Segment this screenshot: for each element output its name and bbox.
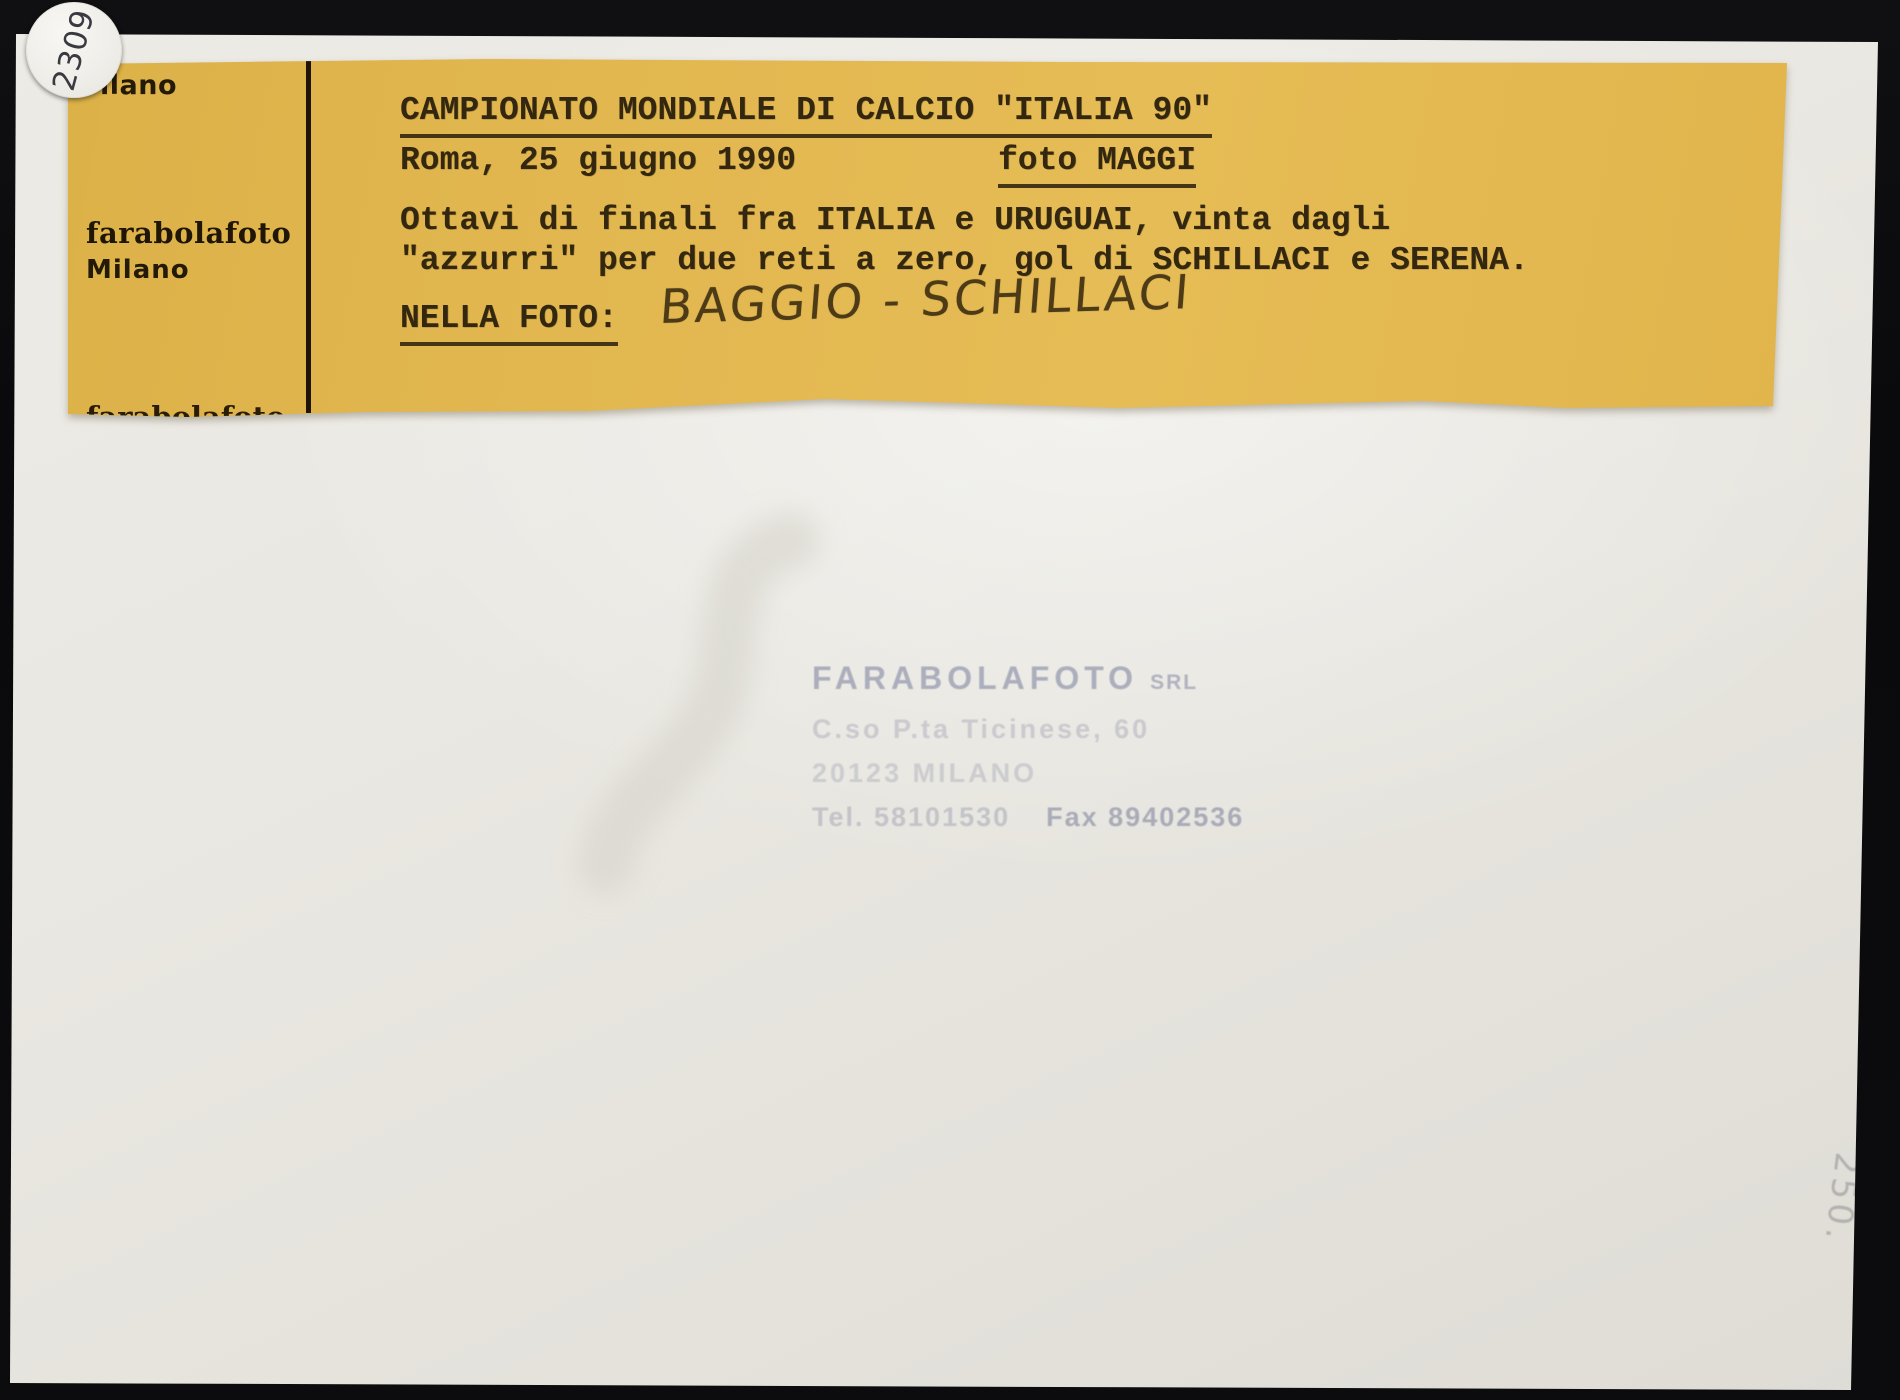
agency-logo-text: farabolafoto bbox=[86, 216, 291, 250]
label-divider-line bbox=[306, 61, 311, 413]
pencil-corner-number: 250. bbox=[1816, 1150, 1867, 1246]
stamp-address: C.so P.ta Ticinese, 60 bbox=[812, 714, 1244, 745]
stamp-phone-line: Tel. 58101530Fax 89402536 bbox=[812, 802, 1244, 833]
label-left-column: ilano farabolafoto Milano farabolafoto bbox=[68, 56, 306, 426]
caption-dateline-row: Roma, 25 giugno 1990 foto MAGGI bbox=[400, 144, 1500, 177]
caption-description-line1: Ottavi di finali fra ITALIA e URUGUAI, v… bbox=[400, 204, 1390, 237]
stamp-tel: Tel. 58101530 bbox=[812, 802, 1010, 832]
stamp-company: FARABOLAFOTO bbox=[812, 660, 1138, 696]
caption-dateline: Roma, 25 giugno 1990 bbox=[400, 142, 796, 179]
stamp-city: 20123 MILANO bbox=[812, 758, 1244, 789]
stamp-company-line: FARABOLAFOTOSRL bbox=[812, 660, 1244, 697]
stamp-company-suffix: SRL bbox=[1150, 671, 1198, 694]
agency-city-text: Milano bbox=[86, 255, 190, 285]
caption-label-wrap: ilano farabolafoto Milano farabolafoto C… bbox=[68, 56, 1792, 426]
caption-photo-credit: foto MAGGI bbox=[998, 144, 1196, 188]
stamp-fax: Fax 89402536 bbox=[1046, 802, 1244, 832]
photo-back-scan: FARABOLAFOTOSRL C.so P.ta Ticinese, 60 2… bbox=[0, 0, 1900, 1400]
caption-prefix: NELLA FOTO: bbox=[400, 302, 618, 346]
agency-ink-stamp: FARABOLAFOTOSRL C.so P.ta Ticinese, 60 2… bbox=[812, 660, 1244, 833]
caption-label: ilano farabolafoto Milano farabolafoto C… bbox=[68, 56, 1792, 426]
caption-title-text: CAMPIONATO MONDIALE DI CALCIO "ITALIA 90… bbox=[400, 94, 1212, 138]
archive-number-sticker: 2309 bbox=[26, 2, 122, 98]
caption-title: CAMPIONATO MONDIALE DI CALCIO "ITALIA 90… bbox=[400, 94, 1212, 138]
cut-off-text: farabolafoto bbox=[86, 403, 336, 417]
cut-off-text-glyphs: farabolafoto bbox=[86, 403, 336, 417]
caption-prefix-text: NELLA FOTO: bbox=[400, 302, 618, 346]
caption-photo-credit-text: foto MAGGI bbox=[998, 144, 1196, 188]
